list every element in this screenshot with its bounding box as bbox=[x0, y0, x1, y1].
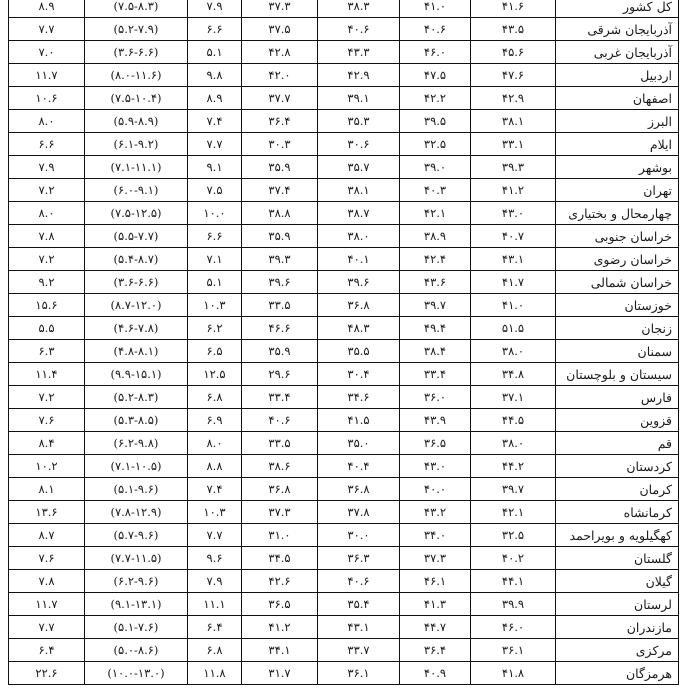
value-col-5-cell: ۶.۵ bbox=[188, 340, 242, 363]
value-col-5-cell: ۶.۴ bbox=[188, 616, 242, 639]
value-col-7-cell: ۷.۶ bbox=[9, 409, 85, 432]
value-col-7-cell: ۲۲.۶ bbox=[9, 662, 85, 685]
province-name-cell: گلستان bbox=[556, 547, 679, 570]
value-col-1-cell: ۳۸.۰ bbox=[471, 432, 556, 455]
value-col-5-cell: ۹.۱ bbox=[188, 156, 242, 179]
value-col-5-cell: ۷.۷ bbox=[188, 133, 242, 156]
value-col-4-cell: ۳۷.۴ bbox=[242, 179, 318, 202]
value-col-7-cell: ۹.۲ bbox=[9, 271, 85, 294]
value-col-3-cell: ۴۳.۱ bbox=[318, 616, 400, 639]
value-col-2-cell: ۴۱.۳ bbox=[400, 593, 471, 616]
value-col-4-cell: ۳۶.۵ bbox=[242, 593, 318, 616]
ci-range-cell: (۴.۶-۷.۸) bbox=[85, 317, 188, 340]
province-name-cell: تهران bbox=[556, 179, 679, 202]
value-col-7-cell: ۷.۷ bbox=[9, 18, 85, 41]
table-row: ۸.۴(۶.۲-۹.۸)۸.۰۳۳.۵۳۵.۰۳۶.۵۳۸.۰قم bbox=[9, 432, 679, 455]
province-name-cell: البرز bbox=[556, 110, 679, 133]
value-col-2-cell: ۴۰.۳ bbox=[400, 179, 471, 202]
value-col-1-cell: ۴۳.۵ bbox=[471, 18, 556, 41]
value-col-4-cell: ۳۰.۳ bbox=[242, 133, 318, 156]
value-col-5-cell: ۷.۴ bbox=[188, 478, 242, 501]
value-col-5-cell: ۱۰.۳ bbox=[188, 501, 242, 524]
ci-range-cell: (۹.۹-۱۵.۱) bbox=[85, 363, 188, 386]
value-col-4-cell: ۳۷.۳ bbox=[242, 501, 318, 524]
table-container: ۸.۹(۷.۵-۸.۳)۷.۹۳۷.۳۳۸.۳۴۱.۰۴۱.۶کل کشور۷.… bbox=[8, 0, 678, 685]
value-col-7-cell: ۱۱.۴ bbox=[9, 363, 85, 386]
value-col-4-cell: ۳۷.۷ bbox=[242, 87, 318, 110]
value-col-2-cell: ۴۲.۴ bbox=[400, 248, 471, 271]
value-col-4-cell: ۴۰.۶ bbox=[242, 409, 318, 432]
table-row: ۸.۰(۷.۵-۱۲.۵)۱۰.۰۳۸.۸۳۸.۷۴۲.۱۴۳.۰چهارمحا… bbox=[9, 202, 679, 225]
value-col-5-cell: ۶.۹ bbox=[188, 409, 242, 432]
value-col-4-cell: ۳۸.۸ bbox=[242, 202, 318, 225]
value-col-2-cell: ۳۸.۴ bbox=[400, 340, 471, 363]
value-col-1-cell: ۳۹.۳ bbox=[471, 156, 556, 179]
value-col-5-cell: ۶.۶ bbox=[188, 18, 242, 41]
value-col-1-cell: ۳۲.۵ bbox=[471, 524, 556, 547]
value-col-1-cell: ۴۱.۸ bbox=[471, 662, 556, 685]
value-col-1-cell: ۳۸.۱ bbox=[471, 110, 556, 133]
province-name-cell: خراسان جنوبی bbox=[556, 225, 679, 248]
value-col-2-cell: ۳۹.۰ bbox=[400, 156, 471, 179]
value-col-2-cell: ۴۰.۰ bbox=[400, 478, 471, 501]
table-row: ۶.۳(۴.۸-۸.۱)۶.۵۳۵.۹۳۵.۵۳۸.۴۳۸.۰سمنان bbox=[9, 340, 679, 363]
province-name-cell: گیلان bbox=[556, 570, 679, 593]
ci-range-cell: (۵.۴-۸.۷) bbox=[85, 248, 188, 271]
province-name-cell: اصفهان bbox=[556, 87, 679, 110]
value-col-2-cell: ۴۲.۱ bbox=[400, 202, 471, 225]
value-col-5-cell: ۱۰.۰ bbox=[188, 202, 242, 225]
province-name-cell: قزوین bbox=[556, 409, 679, 432]
value-col-4-cell: ۳۹.۳ bbox=[242, 248, 318, 271]
value-col-2-cell: ۴۶.۰ bbox=[400, 41, 471, 64]
value-col-3-cell: ۳۸.۱ bbox=[318, 179, 400, 202]
value-col-7-cell: ۸.۱ bbox=[9, 478, 85, 501]
ci-range-cell: (۷.۱-۱۰.۵) bbox=[85, 455, 188, 478]
province-name-cell: کرمانشاه bbox=[556, 501, 679, 524]
value-col-2-cell: ۳۹.۵ bbox=[400, 110, 471, 133]
value-col-5-cell: ۷.۱ bbox=[188, 248, 242, 271]
value-col-5-cell: ۹.۸ bbox=[188, 64, 242, 87]
province-name-cell: مازندران bbox=[556, 616, 679, 639]
ci-range-cell: (۶.۰-۹.۱) bbox=[85, 179, 188, 202]
table-row: ۷.۷(۵.۱-۷.۶)۶.۴۴۱.۲۴۳.۱۴۴.۷۴۶.۰مازندران bbox=[9, 616, 679, 639]
table-row: ۱۰.۲(۷.۱-۱۰.۵)۸.۸۳۸.۶۴۰.۴۴۳.۰۴۴.۲کردستان bbox=[9, 455, 679, 478]
value-col-3-cell: ۴۰.۱ bbox=[318, 248, 400, 271]
value-col-5-cell: ۵.۱ bbox=[188, 271, 242, 294]
value-col-3-cell: ۳۰.۰ bbox=[318, 524, 400, 547]
ci-range-cell: (۸.۰-۱۱.۶) bbox=[85, 64, 188, 87]
ci-range-cell: (۵.۱-۷.۶) bbox=[85, 616, 188, 639]
value-col-1-cell: ۳۶.۱ bbox=[471, 639, 556, 662]
value-col-1-cell: ۳۷.۱ bbox=[471, 386, 556, 409]
table-row: ۷.۷(۵.۲-۷.۹)۶.۶۳۷.۵۴۰.۶۴۰.۶۴۳.۵آذربایجان… bbox=[9, 18, 679, 41]
province-name-cell: قم bbox=[556, 432, 679, 455]
value-col-4-cell: ۳۷.۳ bbox=[242, 0, 318, 18]
ci-range-cell: (۷.۱-۱۱.۱) bbox=[85, 156, 188, 179]
value-col-3-cell: ۳۰.۶ bbox=[318, 133, 400, 156]
ci-range-cell: (۵.۲-۸.۳) bbox=[85, 386, 188, 409]
value-col-5-cell: ۸.۰ bbox=[188, 432, 242, 455]
value-col-4-cell: ۳۶.۸ bbox=[242, 478, 318, 501]
value-col-7-cell: ۷.۲ bbox=[9, 179, 85, 202]
value-col-1-cell: ۴۶.۰ bbox=[471, 616, 556, 639]
value-col-3-cell: ۳۵.۳ bbox=[318, 110, 400, 133]
value-col-1-cell: ۴۴.۵ bbox=[471, 409, 556, 432]
value-col-3-cell: ۳۴.۶ bbox=[318, 386, 400, 409]
value-col-7-cell: ۷.۲ bbox=[9, 248, 85, 271]
value-col-5-cell: ۶.۶ bbox=[188, 225, 242, 248]
table-row: ۷.۸(۶.۲-۹.۶)۷.۹۴۲.۶۴۰.۶۴۶.۱۴۴.۱گیلان bbox=[9, 570, 679, 593]
value-col-1-cell: ۵۱.۵ bbox=[471, 317, 556, 340]
province-name-cell: لرستان bbox=[556, 593, 679, 616]
ci-range-cell: (۵.۳-۸.۵) bbox=[85, 409, 188, 432]
value-col-2-cell: ۴۳.۲ bbox=[400, 501, 471, 524]
value-col-3-cell: ۳۶.۱ bbox=[318, 662, 400, 685]
ci-range-cell: (۵.۰-۸.۶) bbox=[85, 639, 188, 662]
value-col-3-cell: ۳۸.۰ bbox=[318, 225, 400, 248]
value-col-7-cell: ۷.۸ bbox=[9, 570, 85, 593]
value-col-1-cell: ۳۳.۱ bbox=[471, 133, 556, 156]
value-col-4-cell: ۳۵.۹ bbox=[242, 225, 318, 248]
value-col-1-cell: ۳۹.۹ bbox=[471, 593, 556, 616]
value-col-1-cell: ۴۳.۱ bbox=[471, 248, 556, 271]
ci-range-cell: (۷.۵-۸.۳) bbox=[85, 0, 188, 18]
province-name-cell: اردبیل bbox=[556, 64, 679, 87]
ci-range-cell: (۷.۵-۱۲.۵) bbox=[85, 202, 188, 225]
value-col-1-cell: ۴۱.۰ bbox=[471, 294, 556, 317]
value-col-3-cell: ۴۲.۹ bbox=[318, 64, 400, 87]
value-col-5-cell: ۱۱.۱ bbox=[188, 593, 242, 616]
value-col-7-cell: ۸.۹ bbox=[9, 0, 85, 18]
value-col-2-cell: ۳۶.۴ bbox=[400, 639, 471, 662]
value-col-4-cell: ۴۱.۲ bbox=[242, 616, 318, 639]
table-row: ۱۱.۷(۹.۱-۱۳.۱)۱۱.۱۳۶.۵۳۵.۴۴۱.۳۳۹.۹لرستان bbox=[9, 593, 679, 616]
value-col-4-cell: ۳۴.۱ bbox=[242, 639, 318, 662]
value-col-3-cell: ۳۹.۶ bbox=[318, 271, 400, 294]
value-col-3-cell: ۴۳.۳ bbox=[318, 41, 400, 64]
value-col-2-cell: ۴۶.۱ bbox=[400, 570, 471, 593]
table-row: ۸.۹(۷.۵-۸.۳)۷.۹۳۷.۳۳۸.۳۴۱.۰۴۱.۶کل کشور bbox=[9, 0, 679, 18]
value-col-1-cell: ۴۴.۲ bbox=[471, 455, 556, 478]
value-col-3-cell: ۳۵.۰ bbox=[318, 432, 400, 455]
value-col-5-cell: ۷.۵ bbox=[188, 179, 242, 202]
table-row: ۱۳.۶(۷.۸-۱۲.۹)۱۰.۳۳۷.۳۳۷.۸۴۳.۲۴۲.۱کرمانش… bbox=[9, 501, 679, 524]
province-name-cell: خوزستان bbox=[556, 294, 679, 317]
table-row: ۸.۰(۵.۹-۸.۹)۷.۴۳۶.۴۳۵.۳۳۹.۵۳۸.۱البرز bbox=[9, 110, 679, 133]
value-col-2-cell: ۴۱.۰ bbox=[400, 0, 471, 18]
value-col-3-cell: ۴۸.۳ bbox=[318, 317, 400, 340]
value-col-1-cell: ۴۱.۲ bbox=[471, 179, 556, 202]
value-col-4-cell: ۳۵.۹ bbox=[242, 156, 318, 179]
ci-range-cell: (۵.۱-۹.۶) bbox=[85, 478, 188, 501]
table-row: ۷.۲(۵.۲-۸.۳)۶.۸۳۳.۴۳۴.۶۳۶.۰۳۷.۱فارس bbox=[9, 386, 679, 409]
value-col-2-cell: ۳۶.۵ bbox=[400, 432, 471, 455]
table-row: ۷.۸(۵.۵-۷.۷)۶.۶۳۵.۹۳۸.۰۳۸.۹۴۰.۷خراسان جن… bbox=[9, 225, 679, 248]
value-col-5-cell: ۷.۹ bbox=[188, 0, 242, 18]
value-col-7-cell: ۷.۰ bbox=[9, 41, 85, 64]
value-col-7-cell: ۶.۳ bbox=[9, 340, 85, 363]
value-col-7-cell: ۷.۲ bbox=[9, 386, 85, 409]
table-row: ۲۲.۶(۱۰.۰-۱۳.۰)۱۱.۸۳۱.۷۳۶.۱۴۰.۹۴۱.۸هرمزگ… bbox=[9, 662, 679, 685]
value-col-1-cell: ۴۴.۱ bbox=[471, 570, 556, 593]
value-col-2-cell: ۳۷.۳ bbox=[400, 547, 471, 570]
value-col-2-cell: ۳۶.۰ bbox=[400, 386, 471, 409]
value-col-1-cell: ۳۴.۸ bbox=[471, 363, 556, 386]
table-row: ۶.۴(۵.۰-۸.۶)۶.۸۳۴.۱۳۳.۷۳۶.۴۳۶.۱مرکزی bbox=[9, 639, 679, 662]
value-col-3-cell: ۳۵.۷ bbox=[318, 156, 400, 179]
province-name-cell: کرمان bbox=[556, 478, 679, 501]
value-col-5-cell: ۸.۹ bbox=[188, 87, 242, 110]
value-col-2-cell: ۳۹.۷ bbox=[400, 294, 471, 317]
value-col-7-cell: ۸.۴ bbox=[9, 432, 85, 455]
table-row: ۷.۶(۵.۳-۸.۵)۶.۹۴۰.۶۴۱.۵۴۳.۹۴۴.۵قزوین bbox=[9, 409, 679, 432]
value-col-3-cell: ۳۳.۷ bbox=[318, 639, 400, 662]
value-col-2-cell: ۳۳.۴ bbox=[400, 363, 471, 386]
province-name-cell: مرکزی bbox=[556, 639, 679, 662]
value-col-3-cell: ۳۰.۴ bbox=[318, 363, 400, 386]
value-col-4-cell: ۳۳.۵ bbox=[242, 294, 318, 317]
table-row: ۱۵.۶(۸.۷-۱۲.۰)۱۰.۳۳۳.۵۳۶.۸۳۹.۷۴۱.۰خوزستا… bbox=[9, 294, 679, 317]
ci-range-cell: (۷.۵-۱۰.۴) bbox=[85, 87, 188, 110]
value-col-5-cell: ۶.۲ bbox=[188, 317, 242, 340]
value-col-7-cell: ۱۳.۶ bbox=[9, 501, 85, 524]
value-col-5-cell: ۶.۸ bbox=[188, 639, 242, 662]
value-col-3-cell: ۳۶.۸ bbox=[318, 294, 400, 317]
value-col-7-cell: ۵.۵ bbox=[9, 317, 85, 340]
value-col-1-cell: ۴۳.۰ bbox=[471, 202, 556, 225]
ci-range-cell: (۶.۲-۹.۸) bbox=[85, 432, 188, 455]
province-statistics-table: ۸.۹(۷.۵-۸.۳)۷.۹۳۷.۳۳۸.۳۴۱.۰۴۱.۶کل کشور۷.… bbox=[8, 0, 679, 685]
ci-range-cell: (۵.۹-۸.۹) bbox=[85, 110, 188, 133]
value-col-4-cell: ۳۷.۵ bbox=[242, 18, 318, 41]
table-body: ۸.۹(۷.۵-۸.۳)۷.۹۳۷.۳۳۸.۳۴۱.۰۴۱.۶کل کشور۷.… bbox=[9, 0, 679, 685]
value-col-4-cell: ۳۶.۴ bbox=[242, 110, 318, 133]
value-col-4-cell: ۳۸.۶ bbox=[242, 455, 318, 478]
value-col-1-cell: ۳۸.۰ bbox=[471, 340, 556, 363]
value-col-7-cell: ۱۰.۲ bbox=[9, 455, 85, 478]
value-col-3-cell: ۴۰.۶ bbox=[318, 570, 400, 593]
value-col-5-cell: ۵.۱ bbox=[188, 41, 242, 64]
value-col-1-cell: ۴۲.۹ bbox=[471, 87, 556, 110]
value-col-3-cell: ۳۶.۳ bbox=[318, 547, 400, 570]
ci-range-cell: (۳.۶-۶.۶) bbox=[85, 271, 188, 294]
value-col-7-cell: ۸.۰ bbox=[9, 202, 85, 225]
table-row: ۷.۲(۶.۰-۹.۱)۷.۵۳۷.۴۳۸.۱۴۰.۳۴۱.۲تهران bbox=[9, 179, 679, 202]
value-col-2-cell: ۴۰.۹ bbox=[400, 662, 471, 685]
value-col-7-cell: ۱۱.۷ bbox=[9, 64, 85, 87]
value-col-2-cell: ۴۲.۲ bbox=[400, 87, 471, 110]
value-col-4-cell: ۳۵.۹ bbox=[242, 340, 318, 363]
value-col-2-cell: ۴۳.۰ bbox=[400, 455, 471, 478]
province-name-cell: آذربایجان شرقی bbox=[556, 18, 679, 41]
ci-range-cell: (۵.۲-۷.۹) bbox=[85, 18, 188, 41]
value-col-2-cell: ۳۸.۹ bbox=[400, 225, 471, 248]
value-col-7-cell: ۷.۷ bbox=[9, 616, 85, 639]
value-col-7-cell: ۱۱.۷ bbox=[9, 593, 85, 616]
value-col-3-cell: ۳۸.۷ bbox=[318, 202, 400, 225]
province-name-cell: سمنان bbox=[556, 340, 679, 363]
value-col-4-cell: ۳۳.۵ bbox=[242, 432, 318, 455]
ci-range-cell: (۹.۱-۱۳.۱) bbox=[85, 593, 188, 616]
table-row: ۷.۰(۳.۶-۶.۶)۵.۱۴۲.۸۴۳.۳۴۶.۰۴۵.۶آذربایجان… bbox=[9, 41, 679, 64]
ci-range-cell: (۴.۸-۸.۱) bbox=[85, 340, 188, 363]
value-col-1-cell: ۴۰.۲ bbox=[471, 547, 556, 570]
table-row: ۱۰.۶(۷.۵-۱۰.۴)۸.۹۳۷.۷۳۹.۱۴۲.۲۴۲.۹اصفهان bbox=[9, 87, 679, 110]
value-col-2-cell: ۴۰.۶ bbox=[400, 18, 471, 41]
value-col-5-cell: ۷.۷ bbox=[188, 524, 242, 547]
value-col-3-cell: ۴۰.۶ bbox=[318, 18, 400, 41]
value-col-2-cell: ۳۲.۵ bbox=[400, 133, 471, 156]
table-row: ۱۱.۴(۹.۹-۱۵.۱)۱۲.۵۲۹.۶۳۰.۴۳۳.۴۳۴.۸سیستان… bbox=[9, 363, 679, 386]
value-col-1-cell: ۳۹.۷ bbox=[471, 478, 556, 501]
value-col-3-cell: ۳۷.۸ bbox=[318, 501, 400, 524]
table-row: ۱۱.۷(۸.۰-۱۱.۶)۹.۸۴۲.۰۴۲.۹۴۷.۵۴۷.۶اردبیل bbox=[9, 64, 679, 87]
table-row: ۶.۶(۶.۱-۹.۲)۷.۷۳۰.۳۳۰.۶۳۲.۵۳۳.۱ایلام bbox=[9, 133, 679, 156]
table-row: ۹.۲(۳.۶-۶.۶)۵.۱۳۹.۶۳۹.۶۴۳.۶۴۱.۷خراسان شم… bbox=[9, 271, 679, 294]
value-col-7-cell: ۶.۶ bbox=[9, 133, 85, 156]
value-col-4-cell: ۳۹.۶ bbox=[242, 271, 318, 294]
value-col-5-cell: ۸.۸ bbox=[188, 455, 242, 478]
province-name-cell: خراسان رضوی bbox=[556, 248, 679, 271]
value-col-7-cell: ۸.۰ bbox=[9, 110, 85, 133]
value-col-4-cell: ۳۱.۰ bbox=[242, 524, 318, 547]
table-row: ۸.۱(۵.۱-۹.۶)۷.۴۳۶.۸۳۶.۸۴۰.۰۳۹.۷کرمان bbox=[9, 478, 679, 501]
province-name-cell: سیستان و بلوچستان bbox=[556, 363, 679, 386]
province-name-cell: چهارمحال و بختیاری bbox=[556, 202, 679, 225]
ci-range-cell: (۵.۷-۹.۶) bbox=[85, 524, 188, 547]
table-row: ۷.۹(۷.۱-۱۱.۱)۹.۱۳۵.۹۳۵.۷۳۹.۰۳۹.۳بوشهر bbox=[9, 156, 679, 179]
value-col-1-cell: ۴۰.۷ bbox=[471, 225, 556, 248]
province-name-cell: کل کشور bbox=[556, 0, 679, 18]
value-col-4-cell: ۴۲.۸ bbox=[242, 41, 318, 64]
value-col-7-cell: ۷.۸ bbox=[9, 225, 85, 248]
table-row: ۷.۶(۷.۷-۱۱.۵)۹.۶۳۴.۵۳۶.۳۳۷.۳۴۰.۲گلستان bbox=[9, 547, 679, 570]
ci-range-cell: (۶.۱-۹.۲) bbox=[85, 133, 188, 156]
ci-range-cell: (۱۰.۰-۱۳.۰) bbox=[85, 662, 188, 685]
value-col-5-cell: ۱۰.۳ bbox=[188, 294, 242, 317]
value-col-4-cell: ۴۶.۶ bbox=[242, 317, 318, 340]
value-col-7-cell: ۶.۴ bbox=[9, 639, 85, 662]
value-col-4-cell: ۲۹.۶ bbox=[242, 363, 318, 386]
value-col-2-cell: ۴۳.۶ bbox=[400, 271, 471, 294]
province-name-cell: آذربایجان غربی bbox=[556, 41, 679, 64]
ci-range-cell: (۶.۲-۹.۶) bbox=[85, 570, 188, 593]
table-row: ۷.۲(۵.۴-۸.۷)۷.۱۳۹.۳۴۰.۱۴۲.۴۴۳.۱خراسان رض… bbox=[9, 248, 679, 271]
value-col-4-cell: ۳۴.۵ bbox=[242, 547, 318, 570]
province-name-cell: خراسان شمالی bbox=[556, 271, 679, 294]
value-col-2-cell: ۴۷.۵ bbox=[400, 64, 471, 87]
value-col-4-cell: ۴۲.۶ bbox=[242, 570, 318, 593]
value-col-5-cell: ۹.۶ bbox=[188, 547, 242, 570]
value-col-7-cell: ۱۵.۶ bbox=[9, 294, 85, 317]
value-col-5-cell: ۷.۴ bbox=[188, 110, 242, 133]
ci-range-cell: (۷.۷-۱۱.۵) bbox=[85, 547, 188, 570]
province-name-cell: هرمزگان bbox=[556, 662, 679, 685]
value-col-1-cell: ۴۵.۶ bbox=[471, 41, 556, 64]
value-col-2-cell: ۳۴.۰ bbox=[400, 524, 471, 547]
value-col-3-cell: ۳۵.۵ bbox=[318, 340, 400, 363]
ci-range-cell: (۷.۸-۱۲.۹) bbox=[85, 501, 188, 524]
value-col-3-cell: ۳۸.۳ bbox=[318, 0, 400, 18]
value-col-3-cell: ۴۰.۴ bbox=[318, 455, 400, 478]
value-col-5-cell: ۱۱.۸ bbox=[188, 662, 242, 685]
ci-range-cell: (۸.۷-۱۲.۰) bbox=[85, 294, 188, 317]
value-col-1-cell: ۴۲.۱ bbox=[471, 501, 556, 524]
province-name-cell: زنجان bbox=[556, 317, 679, 340]
ci-range-cell: (۳.۶-۶.۶) bbox=[85, 41, 188, 64]
value-col-7-cell: ۷.۹ bbox=[9, 156, 85, 179]
value-col-4-cell: ۴۲.۰ bbox=[242, 64, 318, 87]
value-col-3-cell: ۳۶.۸ bbox=[318, 478, 400, 501]
value-col-3-cell: ۳۵.۴ bbox=[318, 593, 400, 616]
ci-range-cell: (۵.۵-۷.۷) bbox=[85, 225, 188, 248]
value-col-3-cell: ۳۹.۱ bbox=[318, 87, 400, 110]
province-name-cell: بوشهر bbox=[556, 156, 679, 179]
value-col-2-cell: ۴۹.۴ bbox=[400, 317, 471, 340]
table-row: ۵.۵(۴.۶-۷.۸)۶.۲۴۶.۶۴۸.۳۴۹.۴۵۱.۵زنجان bbox=[9, 317, 679, 340]
province-name-cell: کردستان bbox=[556, 455, 679, 478]
value-col-2-cell: ۴۴.۷ bbox=[400, 616, 471, 639]
value-col-2-cell: ۴۳.۹ bbox=[400, 409, 471, 432]
value-col-1-cell: ۴۷.۶ bbox=[471, 64, 556, 87]
table-row: ۸.۷(۵.۷-۹.۶)۷.۷۳۱.۰۳۰.۰۳۴.۰۳۲.۵کهگیلویه … bbox=[9, 524, 679, 547]
value-col-4-cell: ۳۱.۷ bbox=[242, 662, 318, 685]
value-col-5-cell: ۱۲.۵ bbox=[188, 363, 242, 386]
value-col-1-cell: ۴۱.۶ bbox=[471, 0, 556, 18]
value-col-7-cell: ۸.۷ bbox=[9, 524, 85, 547]
value-col-7-cell: ۷.۶ bbox=[9, 547, 85, 570]
value-col-3-cell: ۴۱.۵ bbox=[318, 409, 400, 432]
province-name-cell: کهگیلویه و بویراحمد bbox=[556, 524, 679, 547]
value-col-1-cell: ۴۱.۷ bbox=[471, 271, 556, 294]
province-name-cell: فارس bbox=[556, 386, 679, 409]
value-col-5-cell: ۶.۸ bbox=[188, 386, 242, 409]
value-col-7-cell: ۱۰.۶ bbox=[9, 87, 85, 110]
value-col-4-cell: ۳۳.۴ bbox=[242, 386, 318, 409]
province-name-cell: ایلام bbox=[556, 133, 679, 156]
value-col-5-cell: ۷.۹ bbox=[188, 570, 242, 593]
